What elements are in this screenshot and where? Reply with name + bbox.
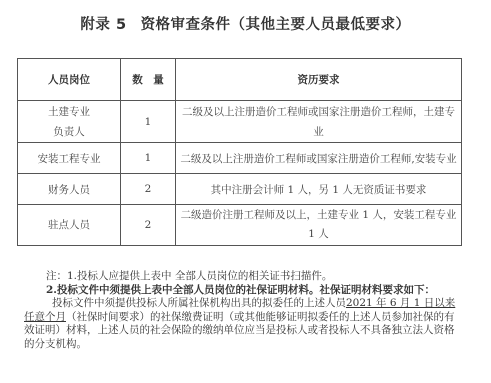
cell-count: 1 <box>121 143 176 174</box>
cell-count: 2 <box>121 174 176 205</box>
cell-count: 1 <box>121 101 176 143</box>
table-row: 财务人员 2 其中注册会计师 1 人，另 1 人无资质证书要求 <box>18 174 462 205</box>
table-row: 驻点人员 2 二级造价注册工程师及以上，土建专业 1 人，安装工程专业 1 人 <box>18 205 462 246</box>
requirements-table: 人员岗位 数 量 资历要求 土建专业 负责人 1 二级及以上注册造价工程师或国家… <box>17 58 462 246</box>
note-3: 投标文件中须提供投标人所属社保机构出具的拟委任的上述人员2021 年 6 月 1… <box>24 297 464 351</box>
table-row: 土建专业 负责人 1 二级及以上注册造价工程师或国家注册造价工程师，土建专业 <box>18 101 462 143</box>
position-line: 土建专业 <box>22 102 116 122</box>
table-header-row: 人员岗位 数 量 资历要求 <box>18 59 462 101</box>
header-requirement: 资历要求 <box>176 59 462 101</box>
cell-requirement: 其中注册会计师 1 人，另 1 人无资质证书要求 <box>176 174 462 205</box>
cell-position: 财务人员 <box>18 174 121 205</box>
notes-section: 注：1.投标人应提供上表中 全部人员岗位的相关证书扫描件。 2.投标文件中须提供… <box>24 270 464 351</box>
note-2: 2.投标文件中须提供上表中全部人员岗位的社保证明材料。社保证明材料要求如下： <box>24 284 464 298</box>
header-count: 数 量 <box>121 59 176 101</box>
note-1: 注：1.投标人应提供上表中 全部人员岗位的相关证书扫描件。 <box>24 270 464 284</box>
page-title: 附录 5资格审查条件（其他主要人员最低要求） <box>0 13 491 34</box>
table-row: 安装工程专业 1 二级及以上注册造价工程师或国家注册造价工程师,安装专业 <box>18 143 462 174</box>
position-line: 负责人 <box>22 122 116 142</box>
appendix-title: 资格审查条件（其他主要人员最低要求） <box>141 17 411 33</box>
cell-position: 安装工程专业 <box>18 143 121 174</box>
cell-position: 土建专业 负责人 <box>18 101 121 143</box>
appendix-number: 附录 5 <box>80 17 126 33</box>
cell-position: 驻点人员 <box>18 205 121 246</box>
note-3-post: （社保时间要求）的社保缴费证明（或其他能够证明拟委任的上述人员参加社保的有效证明… <box>24 311 455 350</box>
header-position: 人员岗位 <box>18 59 121 101</box>
note-3-pre: 投标文件中须提供投标人所属社保机构出具的拟委任的上述人员 <box>52 297 346 309</box>
cell-requirement: 二级造价注册工程师及以上，土建专业 1 人，安装工程专业 1 人 <box>176 205 462 246</box>
cell-requirement: 二级及以上注册造价工程师或国家注册造价工程师，土建专业 <box>176 101 462 143</box>
cell-count: 2 <box>121 205 176 246</box>
cell-requirement: 二级及以上注册造价工程师或国家注册造价工程师,安装专业 <box>176 143 462 174</box>
